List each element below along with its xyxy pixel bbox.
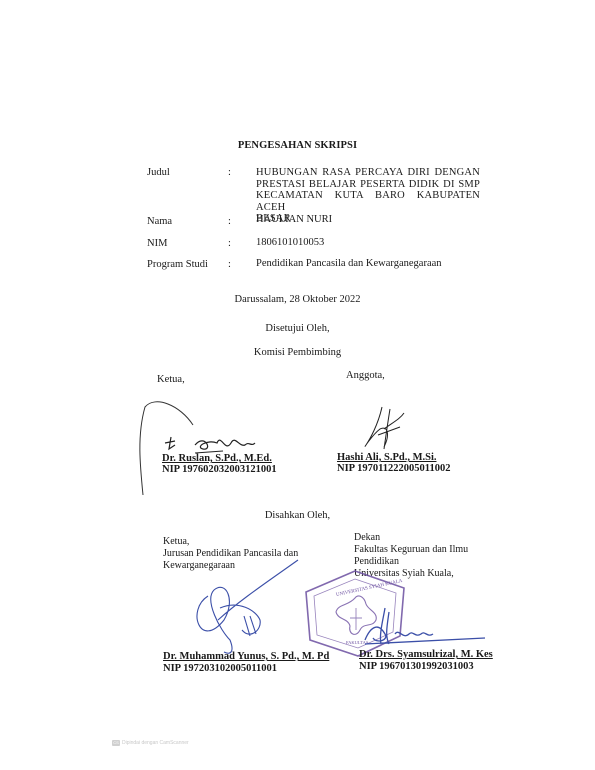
colon: : bbox=[228, 167, 231, 178]
watermark-text: Dipindai dengan CamScanner bbox=[122, 740, 189, 746]
approved-by: Disetujui Oleh, bbox=[0, 323, 595, 334]
field-label-nama: Nama bbox=[147, 216, 172, 227]
field-value-program-studi: Pendidikan Pancasila dan Kewarganegaraan bbox=[256, 258, 442, 269]
dean-nip: NIP 196701301992031003 bbox=[359, 661, 474, 672]
field-label-judul: Judul bbox=[147, 167, 170, 178]
department-head-signature bbox=[190, 560, 305, 660]
field-value-nama: HAULIAN NURI bbox=[256, 214, 332, 225]
member-name: Hashi Ali, S.Pd., M.Si. bbox=[337, 452, 436, 463]
colon: : bbox=[228, 216, 231, 227]
chair-role: Ketua, bbox=[157, 374, 185, 385]
colon: : bbox=[228, 238, 231, 249]
chair-nip: NIP 197602032003121001 bbox=[162, 464, 277, 475]
field-label-nim: NIM bbox=[147, 238, 167, 249]
judul-line: KECAMATAN KUTA BARO KABUPATEN ACEH bbox=[256, 190, 480, 213]
colon: : bbox=[228, 259, 231, 270]
member-signature bbox=[360, 405, 420, 455]
member-nip: NIP 197011222005011002 bbox=[337, 463, 450, 474]
field-value-nim: 1806101010053 bbox=[256, 237, 324, 248]
dean-name: Dr. Drs. Syamsulrizal, M. Kes bbox=[359, 649, 493, 660]
chair-signature bbox=[135, 395, 285, 505]
field-label-program-studi: Program Studi bbox=[147, 259, 208, 270]
committee-label: Komisi Pembimbing bbox=[0, 347, 595, 358]
chair-name: Dr. Ruslan, S.Pd., M.Ed. bbox=[162, 453, 272, 464]
ratified-by: Disahkan Oleh, bbox=[0, 510, 595, 521]
place-date: Darussalam, 28 Oktober 2022 bbox=[0, 294, 595, 305]
department-head-name: Dr. Muhammad Yunus, S. Pd., M. Pd bbox=[163, 651, 329, 662]
page-title: PENGESAHAN SKRIPSI bbox=[0, 140, 595, 151]
member-role: Anggota, bbox=[346, 370, 385, 381]
department-head-nip: NIP 197203102005011001 bbox=[163, 663, 277, 674]
scanner-watermark: CS Dipindai dengan CamScanner bbox=[112, 740, 189, 746]
judul-line: PRESTASI BELAJAR PESERTA DIDIK DI SMP bbox=[256, 179, 480, 191]
stamp-text: UNIVERSITAS SYIAH KUALA bbox=[336, 579, 404, 598]
camscanner-icon: CS bbox=[112, 740, 120, 746]
judul-line: HUBUNGAN RASA PERCAYA DIRI DENGAN bbox=[256, 167, 480, 179]
dean-signature bbox=[355, 600, 495, 650]
